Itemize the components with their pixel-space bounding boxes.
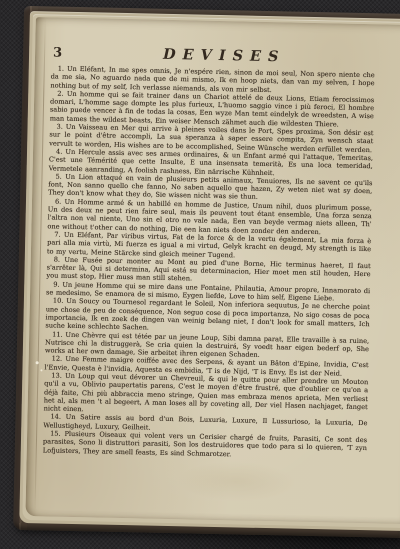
paper-speck (40, 369, 42, 371)
book-page: 3 DEVISES 1. Un Eléfant, In me spes omni… (25, 17, 400, 524)
page-title: DEVISES (163, 46, 286, 66)
paper-stain (176, 460, 297, 503)
photo-background: { "scan": { "page_number": "3", "heading… (0, 0, 400, 549)
book: 3 DEVISES 1. Un Eléfant, In me spes omni… (0, 0, 400, 549)
devise-entry: 13. Un Loup qui veut dévorer un Chevreui… (44, 371, 369, 419)
devise-entry: 15. Plusieurs Oiseaux qui volent vers un… (43, 429, 367, 461)
page-number: 3 (53, 45, 62, 60)
page-content: 3 DEVISES 1. Un Eléfant, In me spes omni… (43, 43, 376, 461)
devise-entries: 1. Un Eléfant, In me spes omnis, Je n'es… (43, 64, 375, 461)
paper-speck (36, 361, 39, 364)
